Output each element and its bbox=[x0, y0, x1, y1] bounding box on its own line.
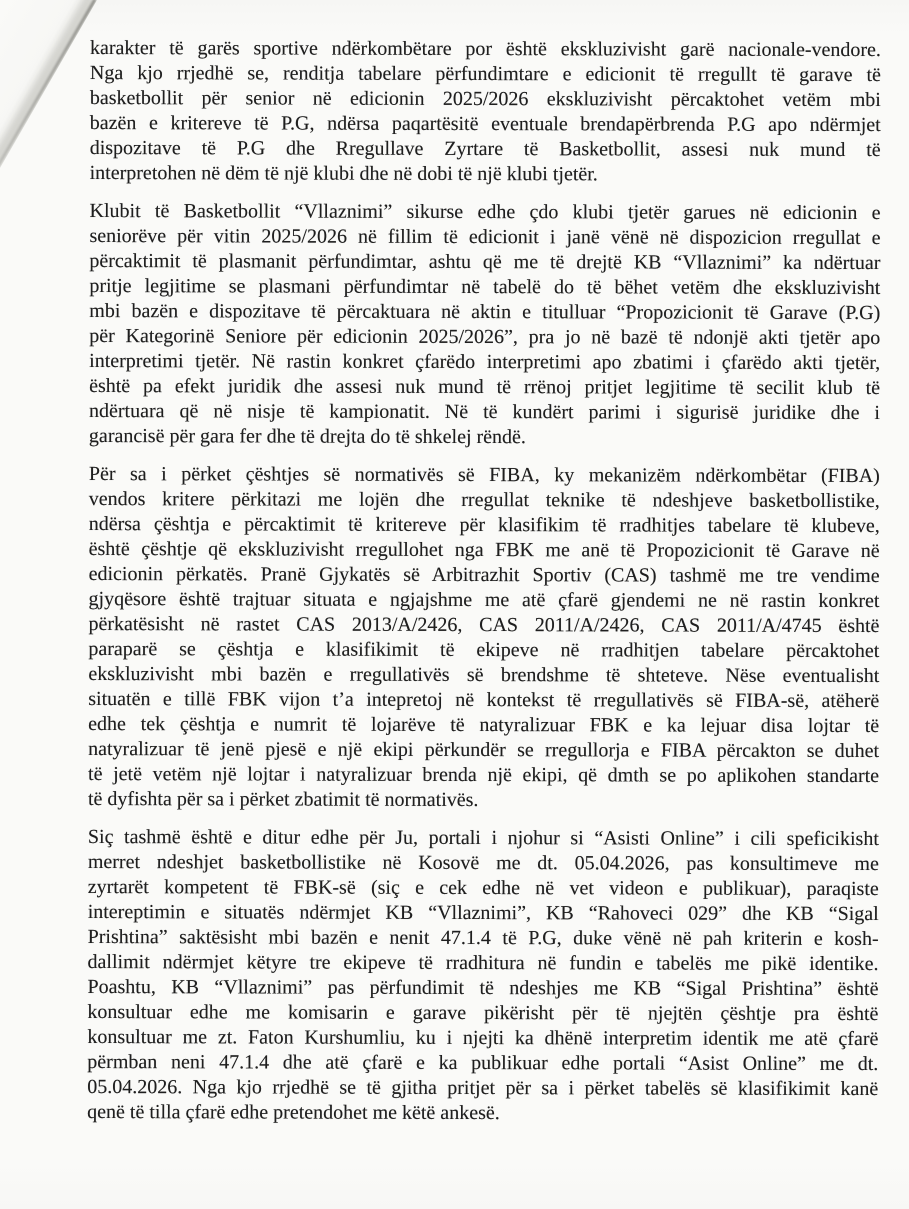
text-line: situatën e tillë FBK vijon t’a intepreto… bbox=[88, 687, 879, 714]
text-line: interpretimi tjetër. Në rastin konkret ç… bbox=[89, 349, 880, 376]
text-line: dispozitave të P.G dhe Rregullave Zyrtar… bbox=[90, 136, 881, 163]
text-line: gjyqësore është trajtuar situata e ngjaj… bbox=[88, 587, 879, 614]
text-line: basketbollit për senior në edicionin 202… bbox=[90, 86, 881, 113]
text-line: ndërsa çështja e përcaktimit të kriterev… bbox=[89, 512, 880, 539]
text-line: Poashtu, KB “Vllaznimi” pas përfundimit … bbox=[87, 975, 878, 1002]
text-line: Siç tashmë është e ditur edhe për Ju, po… bbox=[88, 825, 879, 852]
text-line: garancisë për gara fer dhe të drejta do … bbox=[89, 424, 880, 451]
text-line: ndërtuara që në nisje të kampionatit. Në… bbox=[89, 399, 880, 426]
text-line: merret ndeshjet basketbollistike në Koso… bbox=[88, 850, 879, 877]
fold-edge-line bbox=[0, 0, 96, 170]
text-line: për Kategorinë Seniore për edicionin 202… bbox=[89, 324, 880, 351]
text-line: përmban neni 47.1.4 dhe atë çfarë e ka p… bbox=[87, 1050, 878, 1077]
text-line: konsultuar edhe me komisarin e garave pi… bbox=[87, 1000, 878, 1027]
text-line: bazën e kritereve të P.G, ndërsa paqartë… bbox=[90, 111, 881, 138]
text-line: konsultuar me zt. Faton Kurshumliu, ku i… bbox=[87, 1025, 878, 1052]
paragraph-1: karakter të garës sportive ndërkombëtare… bbox=[90, 36, 881, 188]
text-line: paraparë se çështja e klasifikimit të ek… bbox=[88, 637, 879, 664]
text-line: përkatësisht në rastet CAS 2013/A/2426, … bbox=[88, 612, 879, 639]
paragraph-4: Siç tashmë është e ditur edhe për Ju, po… bbox=[87, 825, 879, 1127]
text-line: intereptimin e situatës ndërmjet KB “Vll… bbox=[88, 900, 879, 927]
text-line: Nga kjo rrjedhë se, renditja tabelare pë… bbox=[90, 61, 881, 88]
text-line: është çështje që ekskluzivisht rregulloh… bbox=[89, 537, 880, 564]
text-line: karakter të garës sportive ndërkombëtare… bbox=[90, 36, 881, 63]
text-line: seniorëve për vitin 2025/2026 në fillim … bbox=[89, 224, 880, 251]
fold-shadow bbox=[0, 0, 97, 171]
text-line: mbi bazën e dispozitave të përcaktuara n… bbox=[89, 299, 880, 326]
text-line: ekskluzivisht mbi bazën e rregullativës … bbox=[88, 662, 879, 689]
text-line: vendos kritere përkitazi me lojën dhe rr… bbox=[89, 487, 880, 514]
text-line: interpretohen në dëm të një klubi dhe në… bbox=[90, 161, 881, 188]
text-line: Klubit të Basketbollit “Vllaznimi” sikur… bbox=[90, 199, 881, 226]
text-line: përcaktimit të plasmanit përfundimtar, a… bbox=[89, 249, 880, 276]
paragraph-3: Për sa i përket çështjes së normativës s… bbox=[88, 462, 880, 814]
text-line: pritje legjitime se plasmani përfundimta… bbox=[89, 274, 880, 301]
paragraph-2: Klubit të Basketbollit “Vllaznimi” sikur… bbox=[89, 199, 881, 451]
text-line: edhe tek çështja e numrit të lojarëve të… bbox=[88, 712, 879, 739]
text-line: është pa efekt juridik dhe assesi nuk mu… bbox=[89, 374, 880, 401]
text-line: qenë të tilla çfarë edhe pretendohet me … bbox=[87, 1100, 878, 1127]
text-line: natyralizuar të jenë pjesë e një ekipi p… bbox=[88, 737, 879, 764]
text-line: të dyfishta për sa i përket zbatimit të … bbox=[88, 787, 879, 814]
text-line: zyrtarët kompetent të FBK-së (siç e cek … bbox=[88, 875, 879, 902]
text-line: Për sa i përket çështjes së normativës s… bbox=[89, 462, 880, 489]
text-line: 05.04.2026. Nga kjo rrjedhë se të gjitha… bbox=[87, 1075, 878, 1102]
text-line: dallimit ndërmjet këtyre tre ekipeve të … bbox=[88, 950, 879, 977]
text-line: edicionin përkatës. Pranë Gjykatës së Ar… bbox=[89, 562, 880, 589]
scanned-document-page: karakter të garës sportive ndërkombëtare… bbox=[0, 0, 909, 1209]
document-text: karakter të garës sportive ndërkombëtare… bbox=[87, 36, 881, 1127]
text-line: Prishtina” saktësisht mbi bazën e nenit … bbox=[88, 925, 879, 952]
text-line: të jetë vetëm një lojtar i natyralizuar … bbox=[88, 762, 879, 789]
